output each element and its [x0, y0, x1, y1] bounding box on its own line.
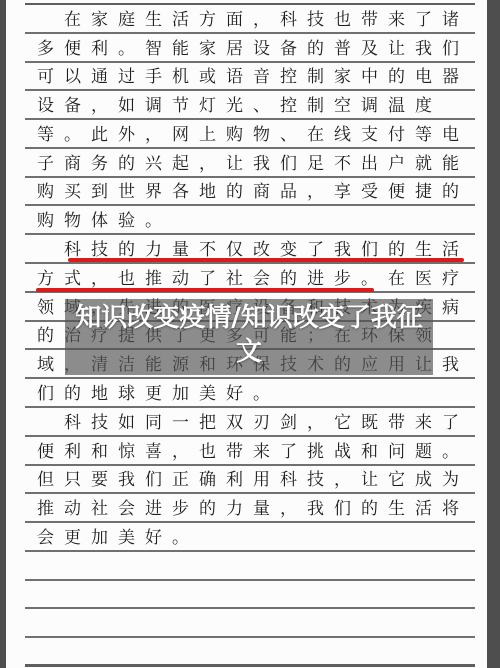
handwritten-text-row: 推动社会进步的力量，我们的生活将 [25, 494, 475, 523]
handwritten-text-row: 购买到世界各地的商品，享受便捷的 [25, 178, 475, 207]
handwritten-text-row: 可以通过手机或语音控制家中的电器 [25, 63, 475, 92]
handwritten-text: 会更加美好。 [25, 527, 199, 550]
handwritten-text: 科技如同一把双刃剑，它既带来了 [25, 412, 469, 435]
handwritten-text: 但只要我们正确利用科技，让它成为 [25, 469, 469, 492]
handwritten-text: 购买到世界各地的商品，享受便捷的 [25, 181, 469, 204]
empty-ruled-row [25, 581, 475, 610]
handwritten-text-row: 子商务的兴起，让我们足不出户就能 [25, 149, 475, 178]
empty-ruled-row [25, 609, 475, 638]
handwritten-text-row: 等。此外，网上购物、在线支付等电 [25, 120, 475, 149]
handwritten-text: 等。此外，网上购物、在线支付等电 [25, 124, 469, 147]
handwritten-text-row: 但只要我们正确利用科技，让它成为 [25, 466, 475, 495]
handwritten-text-row: 多便利。智能家居设备的普及让我们 [25, 34, 475, 63]
handwritten-text-row: 们的地球更加美好。 [25, 379, 475, 408]
empty-ruled-row [25, 552, 475, 581]
handwritten-text-row: 便利和惊喜，也带来了挑战和问题。 [25, 437, 475, 466]
title-overlay: 知识改变疫情/知识改变了我征文 [65, 299, 433, 375]
empty-ruled-row [25, 638, 475, 667]
page-photo: { "page": { "frame_color": "#4e4e4e", "p… [0, 0, 500, 668]
handwritten-text: 购物体验。 [25, 210, 172, 233]
handwritten-text-row: 购物体验。 [25, 206, 475, 235]
handwritten-text: 在家庭生活方面，科技也带来了诸 [25, 9, 469, 32]
handwritten-text: 子商务的兴起，让我们足不出户就能 [25, 153, 469, 176]
handwritten-text-row: 设备，如调节灯光、控制空调温度 [25, 91, 475, 120]
handwritten-text: 多便利。智能家居设备的普及让我们 [25, 38, 469, 61]
handwritten-text-row: 会更加美好。 [25, 523, 475, 552]
handwritten-text: 们的地球更加美好。 [25, 383, 280, 406]
red-underline-line2 [36, 288, 374, 292]
handwritten-text: 可以通过手机或语音控制家中的电器 [25, 66, 469, 89]
handwritten-text: 便利和惊喜，也带来了挑战和问题。 [25, 441, 469, 464]
handwritten-text: 推动社会进步的力量，我们的生活将 [25, 498, 469, 521]
overlay-title: 知识改变疫情/知识改变了我征文 [65, 301, 433, 369]
red-underline-line1 [68, 258, 464, 262]
handwritten-text-row: 在家庭生活方面，科技也带来了诸 [25, 5, 475, 34]
notebook-paper: 在家庭生活方面，科技也带来了诸多便利。智能家居设备的普及让我们可以通过手机或语音… [6, 0, 487, 668]
handwritten-text-row: 科技如同一把双刃剑，它既带来了 [25, 408, 475, 437]
handwritten-text: 设备，如调节灯光、控制空调温度 [25, 95, 442, 118]
